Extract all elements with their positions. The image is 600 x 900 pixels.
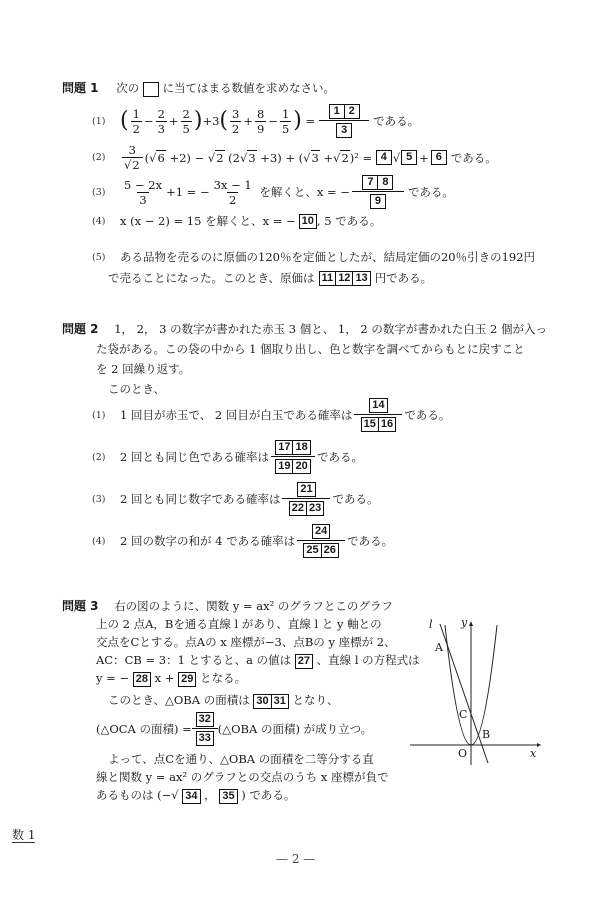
q1-item-1-expression: ( 12− 23+ 25 )+3( 32+ 89− 15 ) = (120, 108, 315, 135)
q1-item-2: (2) 3√2 (√6 +2) − √2 (2√3 +3) + (√3 +√2)… (92, 144, 497, 171)
q3-line-10-sep: ， (204, 788, 216, 802)
q2-item-4-text: 2 回の数字の和が 4 である確率は (120, 533, 295, 549)
answer-box-15-16[interactable]: 1516 (361, 417, 397, 432)
label-l: l (429, 618, 433, 631)
q1-item-5-line2: で売ることになった。このとき、原価は (108, 270, 315, 286)
q3-line-3: 交点をCとする。点Aの x 座標が−3、点Bの y 座標が 2、 (62, 633, 420, 651)
answer-fraction: 78 9 (354, 175, 402, 209)
page-number: — 2 — (276, 852, 315, 866)
footer-mark: 数 1 (12, 826, 35, 843)
item-number: (2) (92, 452, 120, 463)
q3-line-10-pre: あるものは (96, 788, 154, 802)
suffix: である。 (347, 533, 393, 549)
answer-box-10[interactable]: 10 (299, 214, 317, 229)
item-number: (1) (92, 116, 120, 127)
q3-line-5-pre: y = − (96, 671, 129, 685)
answer-box-9[interactable]: 9 (370, 194, 386, 209)
answer-fraction: 32 33 (194, 711, 216, 746)
label-a: A (435, 641, 443, 654)
q1-item-4-expression: x (x − 2) = 15 を解くと、x = − (120, 213, 296, 229)
q2-stem: 問題 2 1， 2， 3 の数字が書かれた赤玉 3 個と、 1， 2 の数字が書… (62, 319, 547, 399)
q3-line-5-mid: x + (155, 671, 175, 685)
suffix: である。 (451, 150, 497, 166)
answer-box-4[interactable]: 4 (376, 150, 392, 165)
answer-box-22-23[interactable]: 2223 (289, 501, 325, 516)
blank-box-icon (143, 82, 159, 97)
q2-line-1: 1， 2， 3 の数字が書かれた赤玉 3 個と、 1， 2 の数字が書かれた白玉… (114, 322, 547, 336)
answer-box-21[interactable]: 21 (297, 482, 315, 497)
label-o: O (458, 747, 467, 760)
q2-item-3-text: 2 回とも同じ数字である確率は (120, 491, 280, 507)
label-x: x (530, 747, 536, 760)
suffix: である。 (373, 113, 419, 129)
label-y: y (461, 616, 467, 629)
answer-box-33[interactable]: 33 (196, 731, 214, 746)
q3-line-2: 上の 2 点A，Bを通る直線 l があり、直線 l と y 軸との (62, 615, 420, 633)
answer-box-5[interactable]: 5 (401, 150, 417, 165)
answer-box-7-8[interactable]: 78 (362, 175, 393, 190)
answer-box-17-18[interactable]: 1718 (275, 440, 311, 455)
answer-box-6[interactable]: 6 (431, 150, 447, 165)
q1-item-5-post: 円である。 (375, 270, 433, 286)
answer-box-25-26[interactable]: 2526 (303, 543, 339, 558)
q1-instruction-pre: 次の (116, 81, 139, 95)
q1-item-5-line1: ある品物を売るのに原価の120％を定価としたが、結局定価の20％引きの192円 (120, 249, 535, 265)
q1-item-1: (1) ( 12− 23+ 25 )+3( 32+ 89− 15 ) = 12 … (92, 104, 419, 138)
q1-item-2-expression: 3√2 (√6 +2) − √2 (2√3 +3) + (√3 +√2)² = (120, 144, 376, 171)
answer-box-28[interactable]: 28 (133, 672, 151, 687)
q3-line-10-open: (−√ (157, 788, 178, 802)
answer-box-27[interactable]: 27 (295, 654, 313, 669)
answer-box-34[interactable]: 34 (182, 789, 200, 804)
answer-box-19-20[interactable]: 1920 (275, 459, 311, 474)
answer-fraction: 12 3 (321, 104, 367, 138)
item-number: (3) (92, 187, 120, 198)
answer-box-24[interactable]: 24 (312, 524, 330, 539)
q3-line-5-post: となる。 (200, 671, 246, 685)
q3-line-7-post: (△OBA の面積) が成り立つ。 (218, 720, 372, 738)
q2-item-4: (4) 2 回の数字の和が 4 である確率は 24 2526 である。 (92, 524, 393, 558)
answer-box-14[interactable]: 14 (369, 398, 387, 413)
q3-line-9: 線と関数 y = ax² のグラフとの交点のうち x 座標が負で (62, 768, 420, 786)
label-c: C (459, 708, 467, 721)
answer-box-29[interactable]: 29 (178, 672, 196, 687)
q1-title: 問題 1 (62, 81, 99, 95)
q2-item-2-text: 2 回とも同じ色である確率は (120, 449, 269, 465)
q2-line-2: た袋がある。この袋の中から 1 個取り出し、色と数字を調べてからもとに戻すこと (62, 339, 547, 359)
q3-line-7-pre: (△OCA の面積) = (96, 720, 192, 738)
q2-title: 問題 2 (62, 322, 99, 336)
answer-fraction: 21 2223 (284, 482, 328, 516)
q2-line-3: を 2 回繰り返す。 (62, 359, 547, 379)
q2-item-1: (1) 1 回目が赤玉で、 2 回目が白玉である確率は 14 1516 である。 (92, 398, 450, 432)
q3-line-4-post: 、直線 l の方程式は (317, 653, 420, 667)
q2-item-3: (3) 2 回とも同じ数字である確率は 21 2223 である。 (92, 482, 378, 516)
item-number: (5) (92, 252, 120, 263)
q2-item-2: (2) 2 回とも同じ色である確率は 1718 1920 である。 (92, 440, 363, 474)
q2-item-1-text: 1 回目が赤玉で、 2 回目が白玉である確率は (120, 407, 352, 423)
q1-item-4-post: , 5 である。 (317, 213, 381, 229)
answer-box-11-12-13[interactable]: 111213 (319, 271, 371, 286)
answer-box-30-31[interactable]: 3031 (253, 694, 289, 709)
answer-fraction: 1718 1920 (273, 440, 313, 474)
q1-item-5: (5) ある品物を売るのに原価の120％を定価としたが、結局定価の20％引きの1… (92, 249, 535, 286)
q3-line-6-post: となり、 (293, 693, 339, 707)
suffix: である。 (404, 407, 450, 423)
answer-box-35[interactable]: 35 (219, 789, 237, 804)
q3-line-10-post: である。 (249, 788, 295, 802)
parabola-figure: l y A C B O x (410, 610, 560, 770)
answer-box-3[interactable]: 3 (336, 123, 352, 138)
q3-line-6-pre: このとき、△OBA の面積は (108, 693, 250, 707)
q3-text: 問題 3 右の図のように、関数 y = ax² のグラフとこのグラフ 上の 2 … (62, 597, 420, 804)
answer-fraction: 14 1516 (356, 398, 400, 432)
item-number: (4) (92, 216, 120, 227)
label-b: B (482, 728, 490, 741)
suffix: である。 (408, 184, 454, 200)
suffix: である。 (317, 449, 363, 465)
item-number: (3) (92, 494, 120, 505)
q3-line-8: よって、点Cを通り、△OBA の面積を二等分する直 (62, 750, 420, 768)
answer-fraction: 24 2526 (299, 524, 343, 558)
graph-diagram-icon (410, 610, 560, 770)
item-number: (4) (92, 536, 120, 547)
q1-heading: 問題 1 次の に当てはまる数値を求めなさい。 (62, 79, 335, 97)
item-number: (1) (92, 410, 120, 421)
q1-item-4: (4) x (x − 2) = 15 を解くと、x = − 10 , 5 である… (92, 213, 381, 229)
answer-box-32[interactable]: 32 (196, 712, 214, 727)
q1-item-3: (3) 5 − 2x3+1 = − 3x − 12 を解くと、x = − 78 … (92, 175, 454, 209)
q2-line-4: このとき、 (62, 379, 547, 399)
q3-line-4-pre: AC：CB = 3：1 とすると、a の値は (96, 653, 291, 667)
suffix: である。 (332, 491, 378, 507)
q1-instruction-post: に当てはまる数値を求めなさい。 (163, 81, 336, 95)
answer-box-1-2[interactable]: 12 (329, 104, 360, 119)
q3-line-10-close: ) (241, 788, 246, 802)
q1-item-3-expression: 5 − 2x3+1 = − 3x − 12 を解くと、x = − (120, 179, 350, 206)
q3-title: 問題 3 (62, 599, 99, 613)
item-number: (2) (92, 152, 120, 163)
q3-line-1: 右の図のように、関数 y = ax² のグラフとこのグラフ (114, 599, 393, 613)
